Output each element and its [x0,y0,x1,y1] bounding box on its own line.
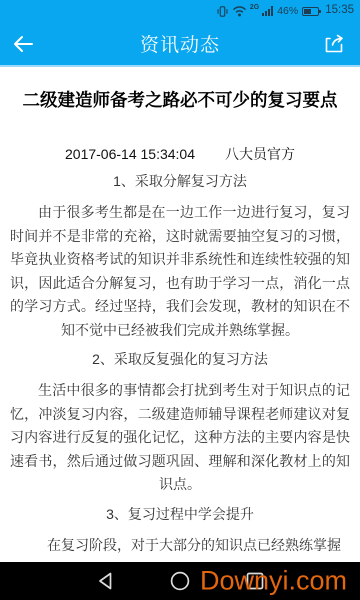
nav-home-button[interactable] [170,571,191,592]
section-paragraph: 由于很多考生都是在一边工作一边进行复习，复习时间并不是非常的充裕，这时就需要抽空… [10,201,350,342]
battery-percent-label: 46% [277,6,298,17]
article-section: 1、采取分解复习方法 由于很多考生都是在一边工作一边进行复习，复习时间并不是非常… [10,170,350,342]
back-triangle-icon [96,571,114,591]
wifi-icon [232,5,247,17]
section-paragraph: 在复习阶段，对于大部分的知识点已经熟练掌握 [10,534,350,558]
article-meta: 2017-06-14 15:34:04八大员官方 [10,144,350,164]
section-heading: 3、复习过程中学会提升 [10,503,350,525]
battery-icon [302,7,319,16]
article-content: 二级建造师备考之路必不可少的复习要点 2017-06-14 15:34:04八大… [0,67,360,562]
watermark: Downyi.com [200,566,347,597]
status-time: 15:35 [325,5,354,17]
page-title: 资讯动态 [140,30,220,57]
section-heading: 1、采取分解复习方法 [10,170,350,192]
share-icon [321,30,348,57]
home-circle-icon [170,571,190,591]
share-button[interactable] [321,30,348,57]
nav-back-button[interactable] [95,571,116,592]
network-type-label: 2G [250,4,259,11]
article-section: 3、复习过程中学会提升 在复习阶段，对于大部分的知识点已经熟练掌握 [10,503,350,558]
vibrate-icon [216,5,229,18]
article-section: 2、采取反复强化的复习方法 生活中很多的事情都会打扰到考生对于知识点的记忆，冲淡… [10,348,350,497]
android-nav-bar: Downyi.com [0,562,360,600]
phone-screen: 2G 46% 15:35 资讯动态 二级建造师备考之路必不可少的复习要点 201… [0,0,360,600]
back-arrow-icon [12,35,34,53]
signal-strength-icon [262,6,273,16]
article-title: 二级建造师备考之路必不可少的复习要点 [10,88,350,113]
article-author: 八大员官方 [225,146,295,162]
back-button[interactable] [12,35,34,53]
section-heading: 2、采取反复强化的复习方法 [10,348,350,370]
section-paragraph: 生活中很多的事情都会打扰到考生对于知识点的记忆，冲淡复习内容，二级建造师辅导课程… [10,379,350,497]
article-date: 2017-06-14 15:34:04 [65,146,195,162]
app-header: 资讯动态 [0,22,360,67]
status-bar: 2G 46% 15:35 [0,0,360,22]
